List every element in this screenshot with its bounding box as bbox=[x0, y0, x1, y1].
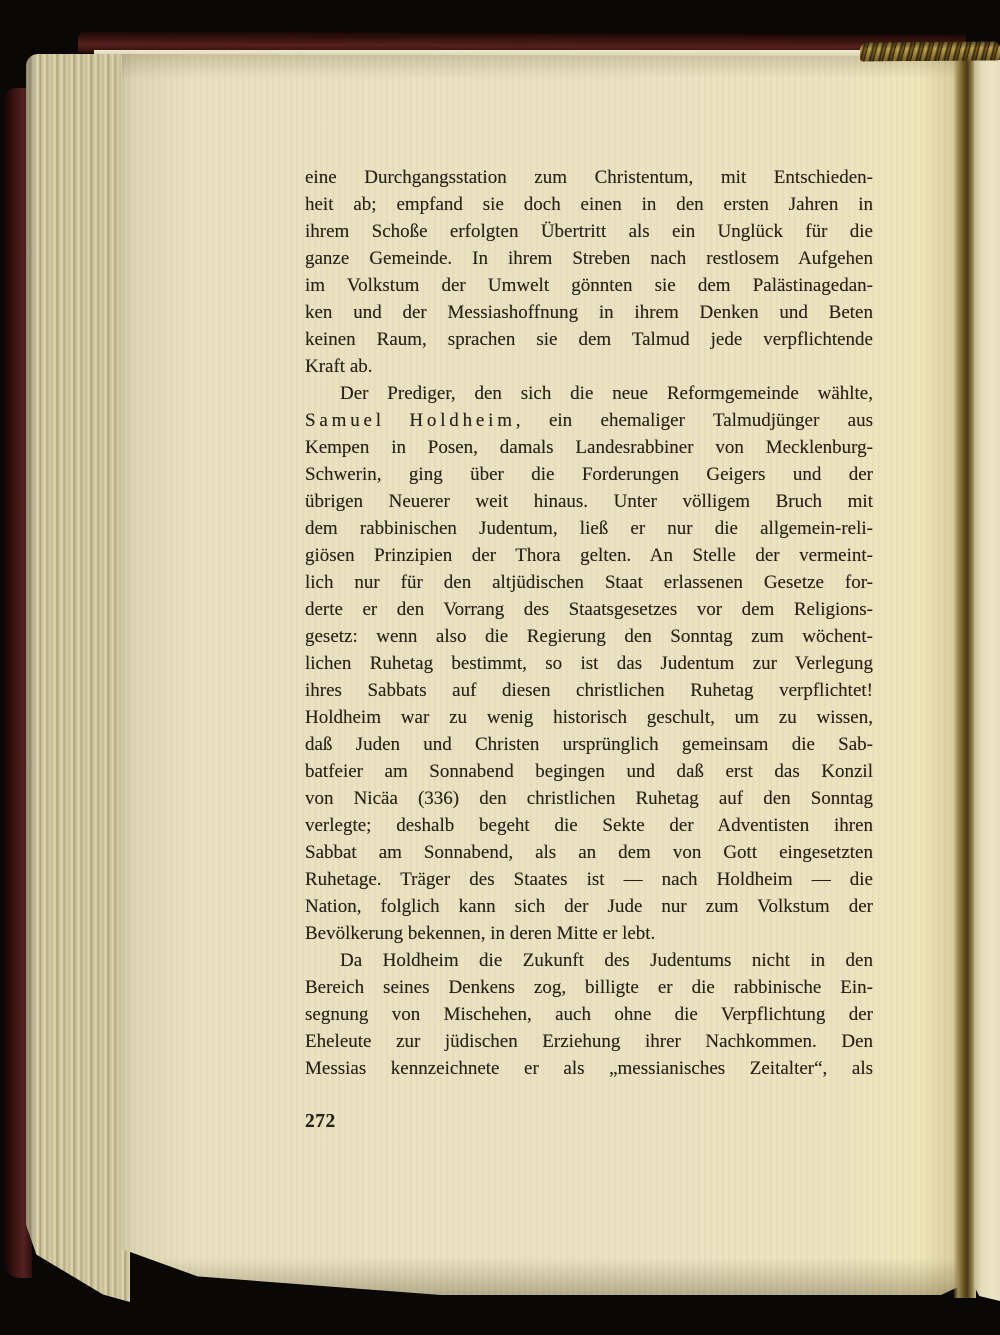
text-line: Kraft ab. bbox=[305, 353, 873, 380]
text-line: Da Holdheim die Zukunft des Judentums ni… bbox=[305, 947, 873, 974]
page-stack-fore-edge bbox=[26, 54, 130, 1302]
text-line: derte er den Vorrang des Staatsgesetzes … bbox=[305, 596, 873, 623]
text-line: lich nur für den altjüdischen Staat erla… bbox=[305, 569, 873, 596]
page-number: 272 bbox=[305, 1108, 336, 1135]
text-line: Bereich seines Denkens zog, billigte er … bbox=[305, 974, 873, 1001]
headband-gold-trim-icon bbox=[860, 42, 1000, 62]
text-line: lichen Ruhetag bestimmt, so ist das Jude… bbox=[305, 650, 873, 677]
body-text: eine Durchgangsstation zum Christentum, … bbox=[305, 164, 873, 1082]
text-line: keinen Raum, sprachen sie dem Talmud jed… bbox=[305, 326, 873, 353]
text-line: Kempen in Posen, damals Landesrabbiner v… bbox=[305, 434, 873, 461]
text-line: Bevölkerung bekennen, in deren Mitte er … bbox=[305, 920, 873, 947]
text-line: Messias kennzeichnete er als „messianisc… bbox=[305, 1055, 873, 1082]
text-line: übrigen Neuerer weit hinaus. Unter völli… bbox=[305, 488, 873, 515]
book-photo: eine Durchgangsstation zum Christentum, … bbox=[0, 0, 1000, 1335]
text-line: ganze Gemeinde. In ihrem Streben nach re… bbox=[305, 245, 873, 272]
text-line: von Nicäa (336) den christlichen Ruhetag… bbox=[305, 785, 873, 812]
gutter-shadow bbox=[953, 54, 976, 1298]
text-line: S a m u e l H o l d h e i m , ein ehemal… bbox=[305, 407, 873, 434]
text-line: Eheleute zur jüdischen Erziehung ihrer N… bbox=[305, 1028, 873, 1055]
text-line: ihrem Schoße erfolgten Übertritt als ein… bbox=[305, 218, 873, 245]
text-line: giösen Prinzipien der Thora gelten. An S… bbox=[305, 542, 873, 569]
text-line: heit ab; empfand sie doch einen in den e… bbox=[305, 191, 873, 218]
text-line: im Volkstum der Umwelt gönnten sie dem P… bbox=[305, 272, 873, 299]
text-line: daß Juden und Christen ursprünglich geme… bbox=[305, 731, 873, 758]
book-page: eine Durchgangsstation zum Christentum, … bbox=[122, 54, 962, 1295]
text-line: dem rabbinischen Judentum, ließ er nur d… bbox=[305, 515, 873, 542]
text-line: Der Prediger, den sich die neue Reformge… bbox=[305, 380, 873, 407]
text-line: eine Durchgangsstation zum Christentum, … bbox=[305, 164, 873, 191]
text-line: ken und der Messiashoffnung in ihrem Den… bbox=[305, 299, 873, 326]
text-line: ihres Sabbats auf diesen christlichen Ru… bbox=[305, 677, 873, 704]
text-line: gesetz: wenn also die Regierung den Sonn… bbox=[305, 623, 873, 650]
text-line: segnung von Mischehen, auch ohne die Ver… bbox=[305, 1001, 873, 1028]
next-page-edge bbox=[974, 55, 1000, 1301]
text-line: Schwerin, ging über die Forderungen Geig… bbox=[305, 461, 873, 488]
text-line: Sabbat am Sonnabend, als an dem von Gott… bbox=[305, 839, 873, 866]
text-line: Ruhetage. Träger des Staates ist — nach … bbox=[305, 866, 873, 893]
text-line: Nation, folglich kann sich der Jude nur … bbox=[305, 893, 873, 920]
text-line: Holdheim war zu wenig historisch geschul… bbox=[305, 704, 873, 731]
text-line: verlegte; deshalb begeht die Sekte der A… bbox=[305, 812, 873, 839]
text-line: batfeier am Sonnabend begingen und daß e… bbox=[305, 758, 873, 785]
